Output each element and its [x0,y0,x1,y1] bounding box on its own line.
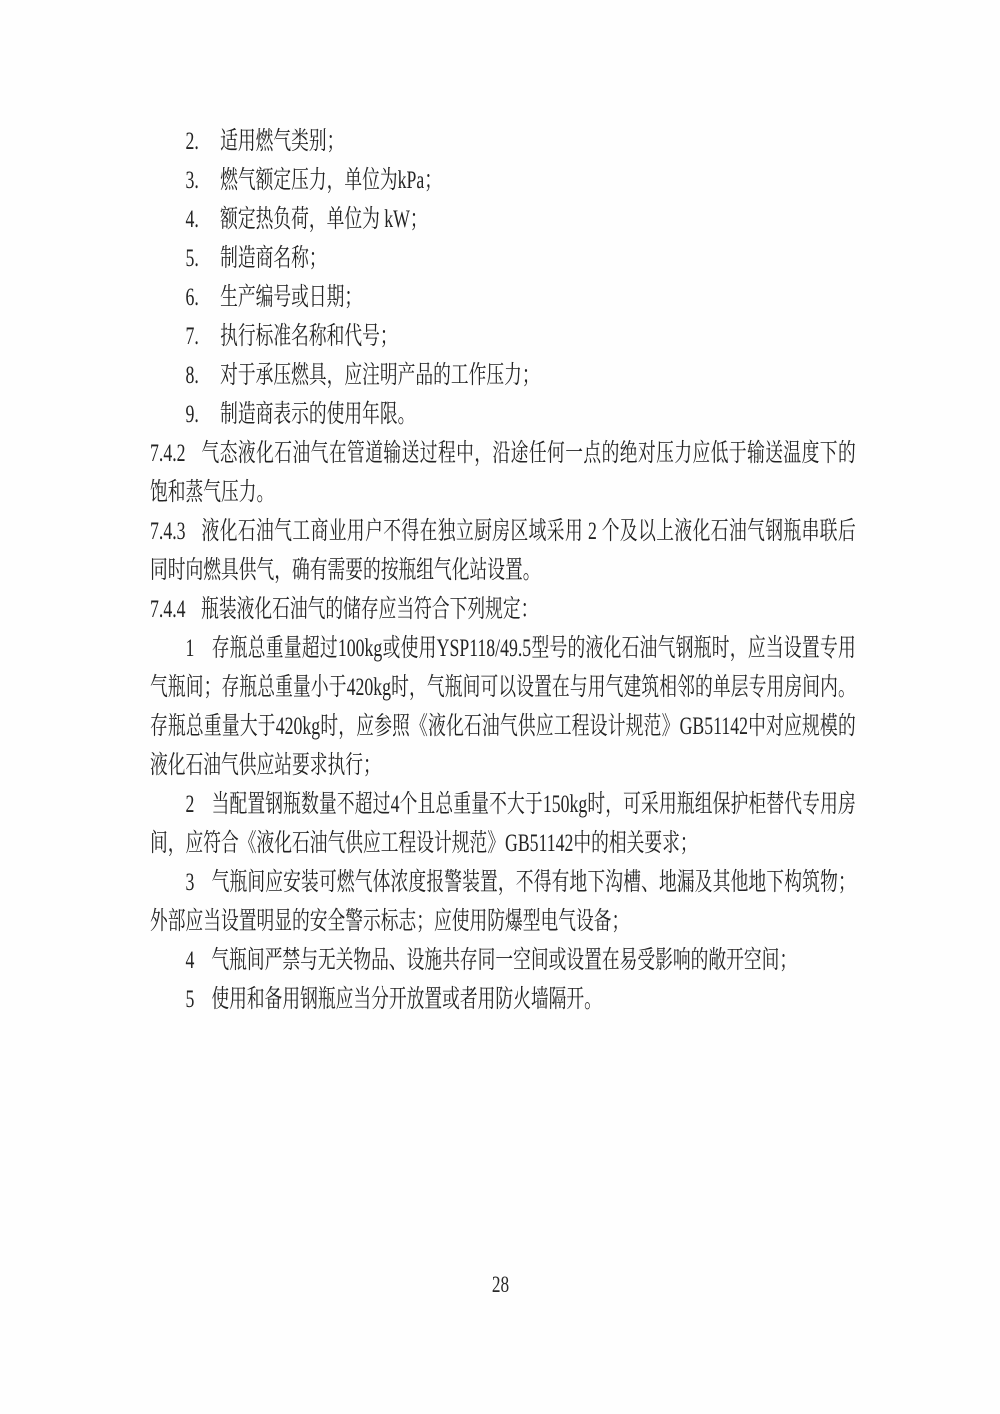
storage-rule-item: 2当配置钢瓶数量不超过4个且总重量不大于150kg时，可采用瓶组保护柜替代专用房… [150,785,856,863]
list-item-text: 使用和备用钢瓶应当分开放置或者用防火墙隔开。 [211,986,602,1013]
page-number: 28 [491,1270,508,1300]
list-item-text: 执行标准名称和代号； [220,323,398,350]
clause-7-4-2: 7.4.2气态液化石油气在管道输送过程中，沿途任何一点的绝对压力应低于输送温度下… [150,434,856,512]
clause-7-4-4: 7.4.4瓶装液化石油气的储存应当符合下列规定： [150,590,856,629]
list-item-text: 存瓶总重量超过100kg或使用YSP118/49.5型号的液化石油气钢瓶时，应当… [150,635,856,779]
marking-list-item: 8.对于承压燃具，应注明产品的工作压力； [150,356,856,395]
marking-list-item: 3.燃气额定压力，单位为kPa； [150,161,856,200]
list-item-text: 制造商表示的使用年限。 [220,401,415,428]
marking-list-item: 4.额定热负荷，单位为 kW； [150,200,856,239]
storage-rule-item: 4气瓶间严禁与无关物品、设施共存同一空间或设置在易受影响的敞开空间； [150,941,856,980]
list-item-text: 气瓶间应安装可燃气体浓度报警装置，不得有地下沟槽、地漏及其他地下构筑物；外部应当… [150,869,856,935]
page-body-text: 2.适用燃气类别； 3.燃气额定压力，单位为kPa； 4.额定热负荷，单位为 k… [150,122,856,1019]
list-item-number: 3 [186,869,195,896]
storage-rule-item: 3气瓶间应安装可燃气体浓度报警装置，不得有地下沟槽、地漏及其他地下构筑物；外部应… [150,863,856,941]
list-item-number: 1 [186,635,195,662]
clause-text: 气态液化石油气在管道输送过程中，沿途任何一点的绝对压力应低于输送温度下的饱和蒸气… [150,440,856,506]
marking-list-item: 9.制造商表示的使用年限。 [150,395,856,434]
list-item-number: 3. [186,167,199,194]
storage-rule-item: 5使用和备用钢瓶应当分开放置或者用防火墙隔开。 [150,980,856,1019]
marking-list-item: 6.生产编号或日期； [150,278,856,317]
list-item-text: 适用燃气类别； [220,128,344,155]
marking-list-item: 2.适用燃气类别； [150,122,856,161]
storage-rule-item: 1存瓶总重量超过100kg或使用YSP118/49.5型号的液化石油气钢瓶时，应… [150,629,856,785]
clause-text: 瓶装液化石油气的储存应当符合下列规定： [201,596,538,623]
list-item-number: 2 [186,791,195,818]
list-item-number: 5. [186,245,199,272]
marking-list-item: 7.执行标准名称和代号； [150,317,856,356]
clause-number: 7.4.4 [150,596,186,623]
list-item-text: 额定热负荷，单位为 kW； [220,206,428,233]
list-item-text: 气瓶间严禁与无关物品、设施共存同一空间或设置在易受影响的敞开空间； [211,947,797,974]
clause-number: 7.4.3 [150,518,186,545]
document-page: 2.适用燃气类别； 3.燃气额定压力，单位为kPa； 4.额定热负荷，单位为 k… [0,0,1000,1414]
clause-7-4-3: 7.4.3液化石油气工商业用户不得在独立厨房区域采用 2 个及以上液化石油气钢瓶… [150,512,856,590]
page-footer: 28 [0,1270,1000,1300]
clause-text: 液化石油气工商业用户不得在独立厨房区域采用 2 个及以上液化石油气钢瓶串联后同时… [150,518,856,584]
list-item-text: 当配置钢瓶数量不超过4个且总重量不大于150kg时，可采用瓶组保护柜替代专用房间… [150,791,856,857]
list-item-number: 5 [186,986,195,1013]
list-item-text: 制造商名称； [220,245,327,272]
list-item-number: 6. [186,284,199,311]
list-item-text: 对于承压燃具，应注明产品的工作压力； [220,362,540,389]
list-item-number: 2. [186,128,199,155]
list-item-text: 生产编号或日期； [220,284,362,311]
list-item-number: 4. [186,206,199,233]
marking-list-item: 5.制造商名称； [150,239,856,278]
clause-number: 7.4.2 [150,440,186,467]
list-item-number: 7. [186,323,199,350]
list-item-text: 燃气额定压力，单位为kPa； [220,167,442,194]
list-item-number: 9. [186,401,199,428]
list-item-number: 8. [186,362,199,389]
list-item-number: 4 [186,947,195,974]
